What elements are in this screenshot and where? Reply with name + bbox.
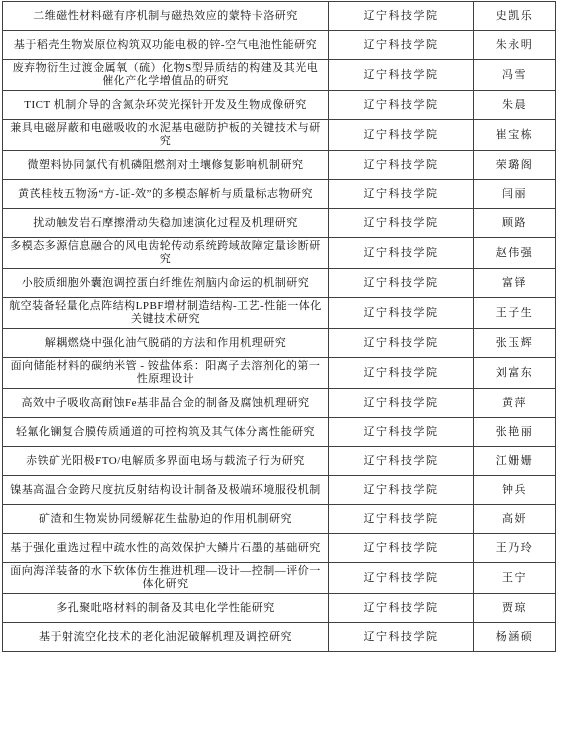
person-name-cell: 张艳丽 [474, 418, 556, 447]
institution-cell: 辽宁科技学院 [329, 2, 474, 31]
person-name-cell: 冯雪 [474, 60, 556, 91]
project-title-cell: 高效中子吸收高耐蚀Fe基非晶合金的制备及腐蚀机理研究 [3, 389, 329, 418]
person-name-cell: 朱永明 [474, 31, 556, 60]
institution-cell: 辽宁科技学院 [329, 151, 474, 180]
table-row: 解耦燃烧中强化油气脱硝的方法和作用机理研究辽宁科技学院张玉辉 [3, 329, 556, 358]
person-name-cell: 顾路 [474, 209, 556, 238]
project-title-cell: 基于稻壳生物炭原位构筑双功能电极的锌-空气电池性能研究 [3, 31, 329, 60]
table-row: 轻氟化镧复合膜传质通道的可控构筑及其气体分离性能研究辽宁科技学院张艳丽 [3, 418, 556, 447]
table-row: 兼具电磁屏蔽和电磁吸收的水泥基电磁防护板的关键技术与研究辽宁科技学院崔宝栋 [3, 120, 556, 151]
project-title-cell: 小胶质细胞外囊泡调控蛋白纤维佐剂脑内命运的机制研究 [3, 269, 329, 298]
table-row: 微塑料协同氯代有机磷阻燃剂对土壤修复影响机制研究辽宁科技学院荣璐阁 [3, 151, 556, 180]
table-row: 多孔聚吡咯材料的制备及其电化学性能研究辽宁科技学院贾琼 [3, 594, 556, 623]
person-name-cell: 朱晨 [474, 91, 556, 120]
institution-cell: 辽宁科技学院 [329, 505, 474, 534]
table-row: 废弃物衍生过渡金属氧（硫）化物S型异质结的构建及其光电催化产化学增值品的研究辽宁… [3, 60, 556, 91]
project-title-cell: 兼具电磁屏蔽和电磁吸收的水泥基电磁防护板的关键技术与研究 [3, 120, 329, 151]
project-title-cell: 解耦燃烧中强化油气脱硝的方法和作用机理研究 [3, 329, 329, 358]
project-title-cell: 轻氟化镧复合膜传质通道的可控构筑及其气体分离性能研究 [3, 418, 329, 447]
project-title-cell: 二维磁性材料磁有序机制与磁热效应的蒙特卡洛研究 [3, 2, 329, 31]
table-row: 航空装备轻量化点阵结构LPBF增材制造结构-工艺-性能一体化关键技术研究辽宁科技… [3, 298, 556, 329]
project-title-cell: 微塑料协同氯代有机磷阻燃剂对土壤修复影响机制研究 [3, 151, 329, 180]
table-row: 矿渣和生物炭协同缓解花生盐胁迫的作用机制研究辽宁科技学院高妍 [3, 505, 556, 534]
project-title-cell: 矿渣和生物炭协同缓解花生盐胁迫的作用机制研究 [3, 505, 329, 534]
table-row: 扰动触发岩石摩擦滑动失稳加速演化过程及机理研究辽宁科技学院顾路 [3, 209, 556, 238]
project-table-body: 二维磁性材料磁有序机制与磁热效应的蒙特卡洛研究辽宁科技学院史凯乐基于稻壳生物炭原… [3, 2, 556, 652]
document-page: 二维磁性材料磁有序机制与磁热效应的蒙特卡洛研究辽宁科技学院史凯乐基于稻壳生物炭原… [0, 0, 561, 747]
table-row: 面向储能材料的碳纳米管 - 铵盐体系：阳离子去溶剂化的第一性原理设计辽宁科技学院… [3, 358, 556, 389]
project-title-cell: 黄芪桂枝五物汤“方-证-效”的多模态解析与质量标志物研究 [3, 180, 329, 209]
institution-cell: 辽宁科技学院 [329, 120, 474, 151]
institution-cell: 辽宁科技学院 [329, 209, 474, 238]
project-title-cell: 面向储能材料的碳纳米管 - 铵盐体系：阳离子去溶剂化的第一性原理设计 [3, 358, 329, 389]
person-name-cell: 荣璐阁 [474, 151, 556, 180]
person-name-cell: 史凯乐 [474, 2, 556, 31]
table-row: 基于射流空化技术的老化油泥破解机理及调控研究辽宁科技学院杨涵硕 [3, 623, 556, 652]
institution-cell: 辽宁科技学院 [329, 447, 474, 476]
project-title-cell: TICT 机制介导的含氮杂环荧光探针开发及生物成像研究 [3, 91, 329, 120]
table-row: TICT 机制介导的含氮杂环荧光探针开发及生物成像研究辽宁科技学院朱晨 [3, 91, 556, 120]
person-name-cell: 王子生 [474, 298, 556, 329]
table-row: 二维磁性材料磁有序机制与磁热效应的蒙特卡洛研究辽宁科技学院史凯乐 [3, 2, 556, 31]
person-name-cell: 杨涵硕 [474, 623, 556, 652]
person-name-cell: 富铎 [474, 269, 556, 298]
person-name-cell: 张玉辉 [474, 329, 556, 358]
table-row: 基于稻壳生物炭原位构筑双功能电极的锌-空气电池性能研究辽宁科技学院朱永明 [3, 31, 556, 60]
person-name-cell: 江姗姗 [474, 447, 556, 476]
project-title-cell: 面向海洋装备的水下软体仿生推进机理—设计—控制—评价一体化研究 [3, 563, 329, 594]
project-title-cell: 镍基高温合金跨尺度抗反射结构设计制备及极端环境服役机制 [3, 476, 329, 505]
project-list-table: 二维磁性材料磁有序机制与磁热效应的蒙特卡洛研究辽宁科技学院史凯乐基于稻壳生物炭原… [2, 1, 556, 652]
person-name-cell: 王乃玲 [474, 534, 556, 563]
table-row: 基于强化重选过程中疏水性的高效保护大鳞片石墨的基础研究辽宁科技学院王乃玲 [3, 534, 556, 563]
table-row: 高效中子吸收高耐蚀Fe基非晶合金的制备及腐蚀机理研究辽宁科技学院黄萍 [3, 389, 556, 418]
institution-cell: 辽宁科技学院 [329, 329, 474, 358]
institution-cell: 辽宁科技学院 [329, 358, 474, 389]
person-name-cell: 闫丽 [474, 180, 556, 209]
project-title-cell: 基于强化重选过程中疏水性的高效保护大鳞片石墨的基础研究 [3, 534, 329, 563]
institution-cell: 辽宁科技学院 [329, 298, 474, 329]
table-row: 赤铁矿光阳极FTO/电解质多界面电场与载流子行为研究辽宁科技学院江姗姗 [3, 447, 556, 476]
institution-cell: 辽宁科技学院 [329, 418, 474, 447]
person-name-cell: 王宁 [474, 563, 556, 594]
institution-cell: 辽宁科技学院 [329, 91, 474, 120]
institution-cell: 辽宁科技学院 [329, 31, 474, 60]
project-title-cell: 多模态多源信息融合的风电齿轮传动系统跨域故障定量诊断研究 [3, 238, 329, 269]
project-title-cell: 航空装备轻量化点阵结构LPBF增材制造结构-工艺-性能一体化关键技术研究 [3, 298, 329, 329]
project-title-cell: 多孔聚吡咯材料的制备及其电化学性能研究 [3, 594, 329, 623]
person-name-cell: 高妍 [474, 505, 556, 534]
project-title-cell: 赤铁矿光阳极FTO/电解质多界面电场与载流子行为研究 [3, 447, 329, 476]
table-row: 小胶质细胞外囊泡调控蛋白纤维佐剂脑内命运的机制研究辽宁科技学院富铎 [3, 269, 556, 298]
institution-cell: 辽宁科技学院 [329, 180, 474, 209]
table-row: 镍基高温合金跨尺度抗反射结构设计制备及极端环境服役机制辽宁科技学院钟兵 [3, 476, 556, 505]
person-name-cell: 黄萍 [474, 389, 556, 418]
table-row: 黄芪桂枝五物汤“方-证-效”的多模态解析与质量标志物研究辽宁科技学院闫丽 [3, 180, 556, 209]
institution-cell: 辽宁科技学院 [329, 563, 474, 594]
institution-cell: 辽宁科技学院 [329, 534, 474, 563]
person-name-cell: 贾琼 [474, 594, 556, 623]
person-name-cell: 赵伟强 [474, 238, 556, 269]
table-row: 面向海洋装备的水下软体仿生推进机理—设计—控制—评价一体化研究辽宁科技学院王宁 [3, 563, 556, 594]
project-title-cell: 扰动触发岩石摩擦滑动失稳加速演化过程及机理研究 [3, 209, 329, 238]
institution-cell: 辽宁科技学院 [329, 238, 474, 269]
institution-cell: 辽宁科技学院 [329, 623, 474, 652]
project-title-cell: 废弃物衍生过渡金属氧（硫）化物S型异质结的构建及其光电催化产化学增值品的研究 [3, 60, 329, 91]
project-title-cell: 基于射流空化技术的老化油泥破解机理及调控研究 [3, 623, 329, 652]
person-name-cell: 刘富东 [474, 358, 556, 389]
institution-cell: 辽宁科技学院 [329, 389, 474, 418]
institution-cell: 辽宁科技学院 [329, 269, 474, 298]
table-row: 多模态多源信息融合的风电齿轮传动系统跨域故障定量诊断研究辽宁科技学院赵伟强 [3, 238, 556, 269]
person-name-cell: 钟兵 [474, 476, 556, 505]
institution-cell: 辽宁科技学院 [329, 594, 474, 623]
person-name-cell: 崔宝栋 [474, 120, 556, 151]
institution-cell: 辽宁科技学院 [329, 476, 474, 505]
institution-cell: 辽宁科技学院 [329, 60, 474, 91]
